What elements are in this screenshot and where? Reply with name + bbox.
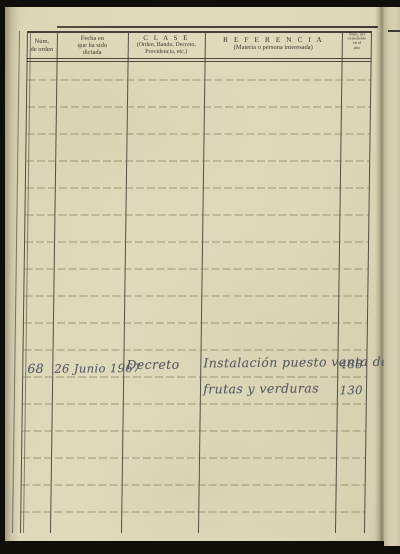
handwritten-entry-row: 68 26 Junio 1967 Decreto Instalación pue… [21, 28, 370, 533]
entry-num: 68 [27, 361, 44, 376]
entry-referencia-line2: frutas y verduras [203, 380, 319, 396]
margin-line [12, 31, 20, 533]
next-page-sliver [384, 7, 400, 546]
next-page-rule [388, 30, 400, 32]
scanned-ledger-page: Núm. de orden Fecha en que ha sido dicta… [0, 0, 400, 554]
page-fold-shadow [375, 7, 384, 541]
ledger-table: Núm. de orden Fecha en que ha sido dicta… [20, 31, 373, 533]
entry-expediente-num2: 130 [338, 383, 364, 397]
entry-expediente-num1: 488 [338, 357, 364, 371]
entry-clase: Decreto [126, 357, 179, 372]
main-page: Núm. de orden Fecha en que ha sido dicta… [5, 7, 384, 541]
